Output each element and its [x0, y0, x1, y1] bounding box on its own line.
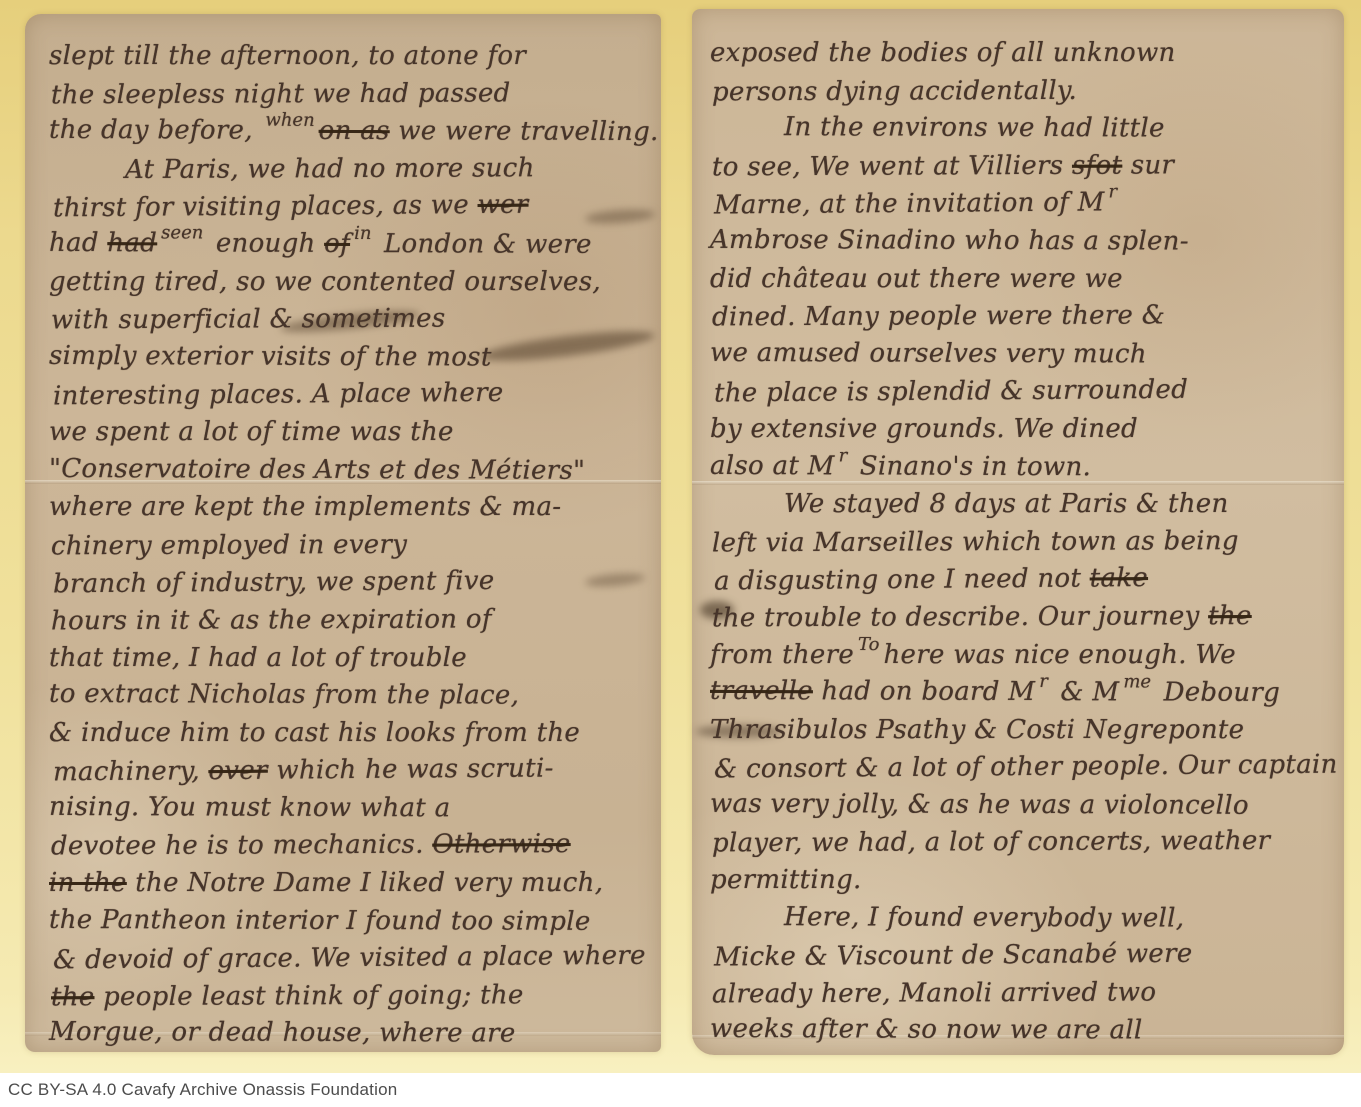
- struck-word: Otherwise: [432, 830, 570, 861]
- handwritten-line: & consort & a lot of other people. Our c…: [714, 747, 1348, 790]
- handwritten-line: At Paris, we had no more such: [51, 149, 663, 189]
- handwritten-line: we amused ourselves very much: [710, 335, 1344, 375]
- handwriting-text: the Notre Dame I liked very much,: [127, 868, 604, 898]
- handwriting-text: interesting places. A place where: [53, 378, 504, 412]
- struck-word: take: [1090, 563, 1149, 593]
- handwritten-line: did château out there were we: [710, 261, 1344, 299]
- handwritten-line: Ambrose Sinadino who has a splen-: [710, 222, 1344, 262]
- handwriting-text: & induce him to cast his looks from the: [49, 718, 580, 748]
- inserted-word: seen: [161, 222, 203, 243]
- handwritten-line: left via Marseilles which town as being: [712, 522, 1346, 562]
- handwriting-text: with superficial & sometimes: [51, 304, 446, 336]
- handwriting-text: devotee he is to mechanics.: [51, 830, 432, 862]
- handwritten-line: was very jolly, & as he was a violoncell…: [710, 786, 1344, 826]
- handwritten-line: we spent a lot of time was the: [49, 414, 661, 452]
- handwriting-text: branch of industry, we spent five: [53, 566, 495, 599]
- handwritten-line: & induce him to cast his looks from the: [49, 715, 661, 753]
- handwriting-text: Micke & Viscount de Scanabé were: [714, 939, 1193, 973]
- handwritten-line: the place is splendid & surrounded: [714, 371, 1348, 414]
- inserted-word: r: [1039, 671, 1048, 692]
- letter-page-right: exposed the bodies of all unknownpersons…: [692, 9, 1344, 1055]
- handwriting-text: sur: [1122, 150, 1174, 180]
- license-caption: CC BY-SA 4.0 Cavafy Archive Onassis Foun…: [0, 1080, 397, 1100]
- handwritten-line: the Pantheon interior I found too simple: [49, 902, 661, 942]
- handwriting-text: getting tired, so we contented ourselves…: [49, 267, 601, 297]
- handwriting-text: the place is splendid & surrounded: [714, 375, 1188, 409]
- handwriting-text: by extensive grounds. We dined: [710, 414, 1138, 444]
- handwritten-line: chinery employed in every: [51, 525, 663, 565]
- license-caption-bar: CC BY-SA 4.0 Cavafy Archive Onassis Foun…: [0, 1073, 1361, 1107]
- handwritten-line: & devoid of grace. We visited a place wh…: [53, 938, 665, 980]
- handwriting-text: from there: [710, 640, 854, 670]
- handwritten-line: simply exterior visits of the most: [49, 338, 661, 378]
- handwriting-text: permitting.: [710, 865, 862, 895]
- handwritten-line: permitting.: [710, 862, 1344, 900]
- handwriting-text: & devoid of grace. We visited a place wh…: [53, 941, 646, 976]
- handwritten-line: "Conservatoire des Arts et des Métiers": [49, 450, 661, 490]
- handwritten-line: dined. Many people were there &: [712, 297, 1346, 337]
- handwriting-text: was very jolly, & as he was a violoncell…: [710, 789, 1249, 821]
- handwritten-line: a disgusting one I need not take: [714, 559, 1348, 602]
- handwritten-line: interesting places. A place where: [53, 374, 665, 416]
- struck-word: had: [107, 228, 157, 258]
- handwriting-text: left via Marseilles which town as being: [712, 526, 1239, 558]
- handwritten-line: Thrasibulos Psathy & Costi Negreponte: [710, 712, 1344, 750]
- handwriting-text: here was nice enough. We: [883, 640, 1236, 670]
- handwriting-text: thirst for visiting places, as we: [53, 190, 478, 223]
- handwriting-text: had on board M: [813, 676, 1035, 707]
- handwriting-text: slept till the afternoon, to atone for: [49, 41, 526, 71]
- right-page-text: exposed the bodies of all unknownpersons…: [692, 9, 1344, 1055]
- handwriting-text: exposed the bodies of all unknown: [710, 38, 1176, 68]
- handwritten-line: had hadseen enough ofin London & were: [49, 225, 661, 265]
- handwritten-line: branch of industry, we spent five: [53, 562, 665, 604]
- struck-word: travelle: [710, 676, 813, 706]
- handwritten-line: from thereTohere was nice enough. We: [710, 637, 1344, 675]
- handwriting-text: & consort & a lot of other people. Our c…: [714, 750, 1338, 785]
- inserted-word: in: [354, 223, 371, 244]
- handwriting-text: Here, I found everybody well,: [784, 902, 1184, 933]
- handwritten-line: Morgue, or dead house, where are: [49, 1014, 661, 1054]
- handwriting-text: the sleepless night we had passed: [51, 78, 511, 110]
- handwritten-line: in the the Notre Dame I liked very much,: [49, 865, 661, 903]
- handwriting-text: which he was scruti-: [268, 754, 554, 786]
- handwriting-text: already here, Manoli arrived two: [712, 977, 1156, 1009]
- handwriting-text: people least think of going; the: [94, 980, 523, 1012]
- handwriting-text: the Pantheon interior I found too simple: [49, 905, 591, 937]
- handwritten-line: with superficial & sometimes: [51, 300, 663, 340]
- handwriting-text: London & were: [375, 229, 591, 260]
- handwriting-text: Ambrose Sinadino who has a splen-: [710, 225, 1189, 257]
- handwritten-line: nising. You must know what a: [49, 789, 661, 829]
- handwritten-line: Here, I found everybody well,: [710, 899, 1344, 939]
- handwriting-text: Debourg: [1155, 678, 1280, 708]
- inserted-word: To: [858, 634, 879, 655]
- handwritten-line: machinery, over which he was scruti-: [53, 750, 665, 792]
- handwriting-text: also at M: [710, 450, 835, 480]
- handwritten-line: the people least think of going; the: [51, 977, 663, 1017]
- inserted-word: me: [1123, 671, 1151, 692]
- handwriting-text: to see, We went at Villiers: [712, 151, 1072, 183]
- handwritten-line: to see, We went at Villiers sfot sur: [712, 146, 1346, 186]
- handwritten-line: thirst for visiting places, as we wer: [53, 186, 665, 228]
- handwritten-line: by extensive grounds. We dined: [710, 411, 1344, 449]
- handwriting-text: In the environs we had little: [784, 112, 1165, 143]
- handwriting-text: machinery,: [53, 756, 209, 787]
- handwriting-text: that time, I had a lot of trouble: [49, 643, 467, 673]
- handwriting-text: Sinano's in town.: [851, 451, 1091, 482]
- handwriting-text: Morgue, or dead house, where are: [49, 1017, 516, 1049]
- handwriting-text: had: [49, 228, 107, 258]
- handwritten-line: getting tired, so we contented ourselves…: [49, 264, 661, 302]
- handwriting-text: Marne, at the invitation of M: [714, 188, 1105, 221]
- handwriting-text: we were travelling.: [390, 116, 659, 147]
- handwriting-text: the trouble to describe. Our journey: [712, 601, 1208, 633]
- inserted-word: r: [839, 445, 848, 466]
- handwriting-text: player, we had, a lot of concerts, weath…: [712, 826, 1270, 858]
- handwriting-text: & M: [1052, 677, 1120, 707]
- handwritten-line: persons dying accidentally.: [712, 71, 1346, 111]
- handwritten-line: already here, Manoli arrived two: [712, 973, 1346, 1013]
- handwriting-text: dined. Many people were there &: [712, 301, 1165, 333]
- handwritten-line: player, we had, a lot of concerts, weath…: [712, 823, 1346, 863]
- handwriting-text: simply exterior visits of the most: [49, 341, 492, 373]
- handwritten-line: Marne, at the invitation of Mr: [714, 183, 1348, 226]
- handwritten-line: weeks after & so now we are all: [710, 1011, 1344, 1051]
- handwriting-text: to extract Nicholas from the place,: [49, 679, 519, 711]
- handwritten-line: the trouble to describe. Our journey the: [712, 598, 1346, 638]
- handwriting-text: the day before,: [49, 115, 262, 146]
- handwritten-line: the sleepless night we had passed: [51, 74, 663, 114]
- struck-word: sfot: [1072, 150, 1122, 180]
- handwriting-text: we amused ourselves very much: [710, 338, 1147, 370]
- struck-word: on as: [319, 116, 390, 146]
- handwritten-line: We stayed 8 days at Paris & then: [710, 486, 1344, 524]
- handwritten-line: devotee he is to mechanics. Otherwise: [51, 826, 663, 866]
- handwritten-line: In the environs we had little: [710, 109, 1344, 149]
- struck-word: of: [324, 229, 350, 259]
- struck-word: over: [208, 756, 268, 786]
- inserted-word: when: [265, 110, 314, 131]
- inserted-word: r: [1108, 182, 1117, 203]
- struck-word: in the: [49, 868, 127, 898]
- handwritten-line: where are kept the implements & ma-: [49, 489, 661, 527]
- letter-page-left: slept till the afternoon, to atone forth…: [25, 14, 661, 1052]
- handwritten-line: Micke & Viscount de Scanabé were: [714, 935, 1348, 978]
- struck-word: the: [1208, 601, 1252, 631]
- handwriting-text: "Conservatoire des Arts et des Métiers": [49, 453, 585, 485]
- handwriting-text: enough: [207, 228, 324, 258]
- handwriting-text: persons dying accidentally.: [712, 75, 1077, 107]
- struck-word: wer: [477, 190, 528, 220]
- handwriting-text: did château out there were we: [710, 264, 1123, 294]
- handwriting-text: where are kept the implements & ma-: [49, 492, 561, 522]
- handwriting-text: At Paris, we had no more such: [125, 153, 535, 185]
- handwriting-text: hours in it & as the expiration of: [51, 604, 492, 636]
- handwritten-line: travelle had on board Mr & Mme Debourg: [710, 673, 1344, 713]
- handwriting-text: nising. You must know what a: [49, 792, 451, 823]
- handwritten-line: the day before, whenon as we were travel…: [49, 112, 661, 152]
- handwriting-text: Thrasibulos Psathy & Costi Negreponte: [710, 715, 1244, 745]
- handwriting-text: chinery employed in every: [51, 529, 407, 561]
- handwritten-line: that time, I had a lot of trouble: [49, 640, 661, 678]
- left-page-text: slept till the afternoon, to atone forth…: [25, 14, 661, 1052]
- handwriting-text: weeks after & so now we are all: [710, 1014, 1143, 1046]
- handwritten-line: slept till the afternoon, to atone for: [49, 38, 661, 76]
- handwriting-text: a disgusting one I need not: [714, 564, 1090, 597]
- handwritten-line: exposed the bodies of all unknown: [710, 35, 1344, 73]
- handwriting-text: We stayed 8 days at Paris & then: [784, 489, 1229, 519]
- handwritten-line: hours in it & as the expiration of: [51, 601, 663, 641]
- handwritten-line: to extract Nicholas from the place,: [49, 676, 661, 716]
- struck-word: the: [51, 982, 95, 1012]
- handwriting-text: we spent a lot of time was the: [49, 417, 454, 447]
- handwritten-line: also at Mr Sinano's in town.: [710, 447, 1344, 487]
- letter-scan: slept till the afternoon, to atone forth…: [0, 0, 1361, 1073]
